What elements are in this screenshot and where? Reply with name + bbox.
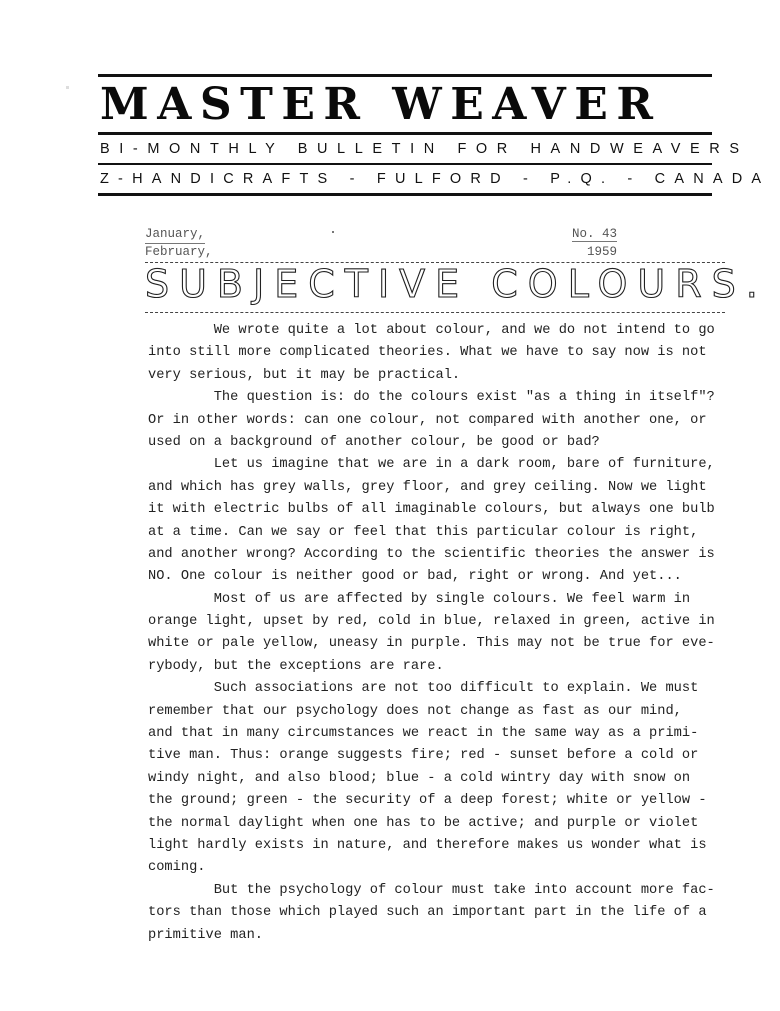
article-line: the normal daylight when one has to be a… (148, 813, 738, 835)
article-line: at a time. Can we say or feel that this … (148, 522, 738, 544)
article-line: white or pale yellow, uneasy in purple. … (148, 633, 738, 655)
masthead-bottom-rule (98, 193, 712, 196)
issue-month-1: January, (145, 226, 205, 244)
masthead: MASTER WEAVER BI-MONTHLY BULLETIN FOR HA… (98, 74, 712, 196)
article-line: NO. One colour is neither good or bad, r… (148, 566, 738, 588)
article-line: very serious, but it may be practical. (148, 365, 738, 387)
article-line: The question is: do the colours exist "a… (148, 387, 738, 409)
article-line: light hardly exists in nature, and there… (148, 835, 738, 857)
scan-speck (332, 231, 334, 233)
article-line: tors than those which played such an imp… (148, 902, 738, 924)
article-line: We wrote quite a lot about colour, and w… (148, 320, 738, 342)
article-line: windy night, and also blood; blue - a co… (148, 768, 738, 790)
article-line: into still more complicated theories. Wh… (148, 342, 738, 364)
article-line: But the psychology of colour must take i… (148, 880, 738, 902)
article-line: Or in other words: can one colour, not c… (148, 410, 738, 432)
article-line: and another wrong? According to the scie… (148, 544, 738, 566)
publication-subtitle: BI-MONTHLY BULLETIN FOR HANDWEAVERS (100, 139, 712, 159)
article-line: and that in many circumstances we react … (148, 723, 738, 745)
article-line: tive man. Thus: orange suggests fire; re… (148, 745, 738, 767)
article-line: Most of us are affected by single colour… (148, 589, 738, 611)
article-line: Let us imagine that we are in a dark roo… (148, 454, 738, 476)
article-line: coming. (148, 857, 738, 879)
issue-month-2: February, (145, 244, 213, 261)
issue-year: 1959 (587, 244, 725, 261)
publisher-line: Z-HANDICRAFTS - FULFORD - P.Q. - CANADA (100, 169, 712, 189)
scan-speck (66, 86, 69, 89)
article-line: it with electric bulbs of all imaginable… (148, 499, 738, 521)
headline-bottom-rule (145, 312, 725, 313)
article-headline: SUBJECTIVE COLOURS. (145, 262, 725, 306)
article-line: the ground; green - the security of a de… (148, 790, 738, 812)
masthead-top-rule (98, 74, 712, 77)
issue-info: January, No. 43 February, 1959 (145, 226, 725, 261)
article-line: rybody, but the exceptions are rare. (148, 656, 738, 678)
article-line: and which has grey walls, grey floor, an… (148, 477, 738, 499)
article-line: used on a background of another colour, … (148, 432, 738, 454)
issue-number: No. 43 (572, 227, 617, 242)
article-line: orange light, upset by red, cold in blue… (148, 611, 738, 633)
masthead-rule-1 (98, 132, 712, 135)
masthead-rule-2 (98, 163, 712, 165)
article-line: remember that our psychology does not ch… (148, 701, 738, 723)
article-body: We wrote quite a lot about colour, and w… (148, 320, 738, 947)
article-line: Such associations are not too difficult … (148, 678, 738, 700)
publication-title: MASTER WEAVER (100, 81, 712, 129)
article-line: primitive man. (148, 925, 738, 947)
